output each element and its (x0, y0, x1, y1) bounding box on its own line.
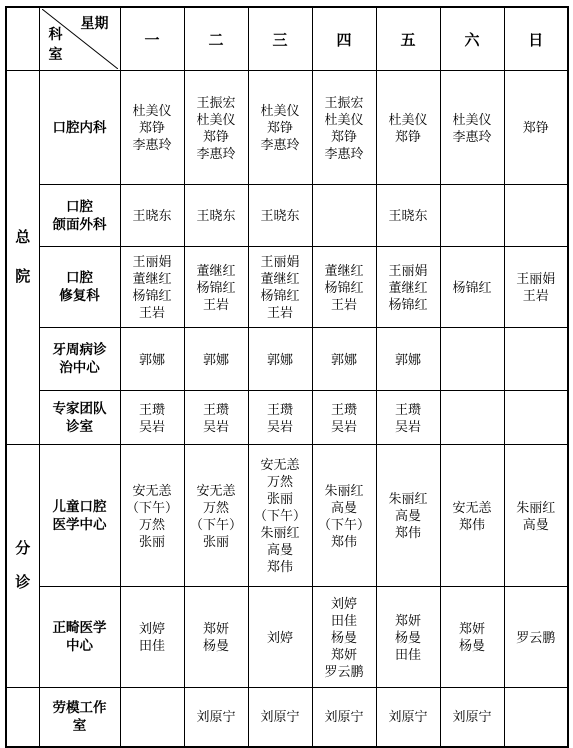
section-label-branch: 分诊 (6, 445, 39, 688)
schedule-cell: 王丽娟 王岩 (504, 247, 568, 328)
schedule-cell: 杜美仪 李惠玲 (440, 71, 504, 185)
table-row: 劳模工作 室 刘原宁 刘原宁 刘原宁 刘原宁 刘原宁 (6, 688, 568, 747)
schedule-cell: 杜美仪 郑铮 李惠玲 (120, 71, 184, 185)
schedule-cell (504, 185, 568, 247)
schedule-cell (440, 391, 504, 445)
schedule-cell: 罗云鹏 (504, 587, 568, 688)
schedule-cell: 王瓒 吴岩 (312, 391, 376, 445)
table-row: 专家团队 诊室 王瓒 吴岩 王瓒 吴岩 王瓒 吴岩 王瓒 吴岩 王瓒 吴岩 (6, 391, 568, 445)
corner-week-label: 星期 (81, 13, 109, 33)
schedule-cell: 杨锦红 (440, 247, 504, 328)
schedule-cell: 安无恙 （下午） 万然 张丽 (120, 445, 184, 587)
schedule-cell (440, 185, 504, 247)
schedule-cell: 郑铮 (504, 71, 568, 185)
dept-name: 牙周病诊 治中心 (39, 328, 120, 391)
day-header-tue: 二 (184, 7, 248, 71)
schedule-cell: 王瓒 吴岩 (248, 391, 312, 445)
table-row: 分诊 儿童口腔 医学中心 安无恙 （下午） 万然 张丽 安无恙 万然 （下午） … (6, 445, 568, 587)
schedule-cell: 王丽娟 董继红 杨锦红 (376, 247, 440, 328)
table-row: 总院 口腔内科 杜美仪 郑铮 李惠玲 王振宏 杜美仪 郑铮 李惠玲 杜美仪 郑铮… (6, 71, 568, 185)
dept-name: 口腔 修复科 (39, 247, 120, 328)
schedule-cell: 董继红 杨锦红 王岩 (312, 247, 376, 328)
schedule-cell (120, 688, 184, 747)
schedule-cell (312, 185, 376, 247)
day-header-thu: 四 (312, 7, 376, 71)
schedule-cell: 刘婷 田佳 (120, 587, 184, 688)
schedule-cell: 刘原宁 (248, 688, 312, 747)
schedule-cell: 董继红 杨锦红 王岩 (184, 247, 248, 328)
schedule-cell: 刘原宁 (184, 688, 248, 747)
schedule-cell (504, 328, 568, 391)
corner-header-cell: 星期 科室 (39, 7, 120, 71)
table-row: 牙周病诊 治中心 郭娜 郭娜 郭娜 郭娜 郭娜 (6, 328, 568, 391)
schedule-cell: 朱丽红 高曼 (504, 445, 568, 587)
schedule-cell: 王振宏 杜美仪 郑铮 李惠玲 (184, 71, 248, 185)
schedule-cell: 王丽娟 董继红 杨锦红 王岩 (120, 247, 184, 328)
corner-wrap: 星期 科室 (42, 9, 118, 69)
schedule-cell: 王振宏 杜美仪 郑铮 李惠玲 (312, 71, 376, 185)
schedule-cell: 王晓东 (248, 185, 312, 247)
schedule-cell: 王瓒 吴岩 (184, 391, 248, 445)
schedule-cell: 杜美仪 郑铮 李惠玲 (248, 71, 312, 185)
schedule-cell: 王晓东 (120, 185, 184, 247)
dept-name: 口腔内科 (39, 71, 120, 185)
day-header-sun: 日 (504, 7, 568, 71)
schedule-cell: 王丽娟 董继红 杨锦红 王岩 (248, 247, 312, 328)
schedule-cell: 刘原宁 (376, 688, 440, 747)
section-label-main: 总院 (6, 71, 39, 445)
table-row: 正畸医学 中心 刘婷 田佳 郑妍 杨曼 刘婷 刘婷 田佳 杨曼 郑妍 罗云鹏 郑… (6, 587, 568, 688)
schedule-cell: 安无恙 万然 （下午） 张丽 (184, 445, 248, 587)
day-header-mon: 一 (120, 7, 184, 71)
schedule-cell: 安无恙 万然 张丽 （下午） 朱丽红 高曼 郑伟 (248, 445, 312, 587)
dept-name: 正畸医学 中心 (39, 587, 120, 688)
schedule-cell: 刘原宁 (440, 688, 504, 747)
schedule-cell: 郭娜 (312, 328, 376, 391)
schedule-cell: 郭娜 (248, 328, 312, 391)
dept-name: 儿童口腔 医学中心 (39, 445, 120, 587)
schedule-cell: 王晓东 (376, 185, 440, 247)
day-header-wed: 三 (248, 7, 312, 71)
schedule-cell: 刘婷 田佳 杨曼 郑妍 罗云鹏 (312, 587, 376, 688)
schedule-cell: 朱丽红 高曼 郑伟 (376, 445, 440, 587)
schedule-cell: 郭娜 (376, 328, 440, 391)
schedule-cell: 刘原宁 (312, 688, 376, 747)
schedule-cell: 安无恙 郑伟 (440, 445, 504, 587)
table-row: 口腔 修复科 王丽娟 董继红 杨锦红 王岩 董继红 杨锦红 王岩 王丽娟 董继红… (6, 247, 568, 328)
schedule-cell: 王瓒 吴岩 (120, 391, 184, 445)
schedule-cell: 郑妍 杨曼 (184, 587, 248, 688)
dept-name: 专家团队 诊室 (39, 391, 120, 445)
schedule-table: 星期 科室 一 二 三 四 五 六 日 总院 口腔内科 杜美仪 郑铮 李惠玲 王… (5, 6, 569, 748)
schedule-cell (504, 391, 568, 445)
schedule-cell: 王瓒 吴岩 (376, 391, 440, 445)
schedule-cell (504, 688, 568, 747)
header-row: 星期 科室 一 二 三 四 五 六 日 (6, 7, 568, 71)
schedule-cell: 朱丽红 高曼 （下午） 郑伟 (312, 445, 376, 587)
schedule-cell (440, 328, 504, 391)
schedule-cell: 郑妍 杨曼 (440, 587, 504, 688)
schedule-cell: 杜美仪 郑铮 (376, 71, 440, 185)
corner-dept-label: 科室 (49, 26, 66, 67)
dept-name: 劳模工作 室 (39, 688, 120, 747)
day-header-fri: 五 (376, 7, 440, 71)
schedule-cell: 刘婷 (248, 587, 312, 688)
header-empty-cell (6, 7, 39, 71)
dept-name: 口腔 颌面外科 (39, 185, 120, 247)
schedule-cell: 郭娜 (120, 328, 184, 391)
schedule-cell: 郑妍 杨曼 田佳 (376, 587, 440, 688)
day-header-sat: 六 (440, 7, 504, 71)
section-label-empty (6, 688, 39, 747)
schedule-cell: 王晓东 (184, 185, 248, 247)
schedule-cell: 郭娜 (184, 328, 248, 391)
table-row: 口腔 颌面外科 王晓东 王晓东 王晓东 王晓东 (6, 185, 568, 247)
